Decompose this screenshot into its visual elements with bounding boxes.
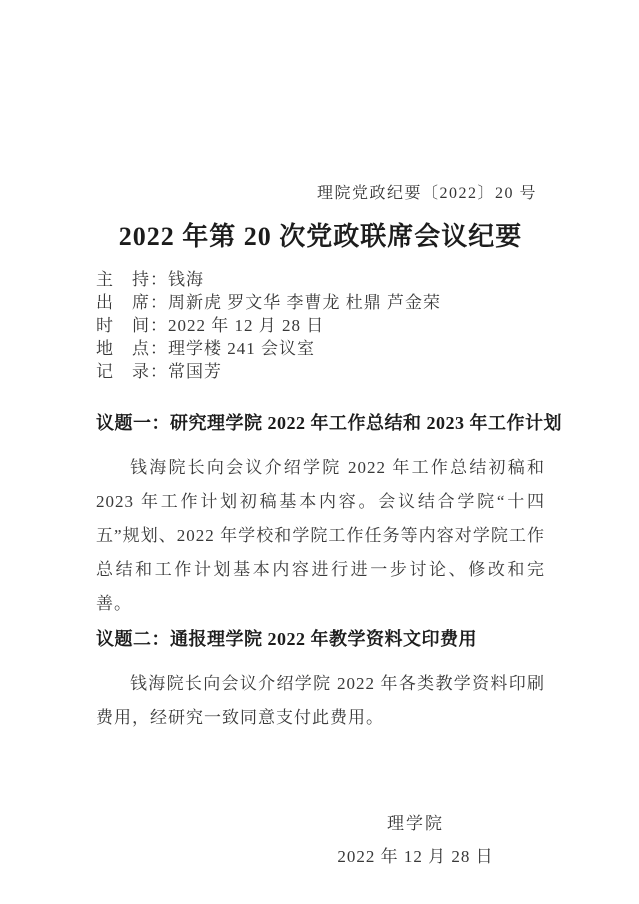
section-topic-2: 议题二：通报理学院 2022 年教学资料文印费用 钱海院长向会议介绍学院 202… (96, 627, 545, 735)
document-page: 理院党政纪要〔2022〕20 号 2022 年第 20 次党政联席会议纪要 主 … (0, 0, 639, 904)
meta-row-time: 时 间：2022 年 12 月 28 日 (96, 314, 545, 337)
meta-value: 周新虎 罗文华 李曹龙 杜鼎 芦金荣 (168, 293, 441, 312)
meta-row-attendees: 出 席：周新虎 罗文华 李曹龙 杜鼎 芦金荣 (96, 291, 545, 314)
meta-label: 时 间： (96, 316, 168, 335)
meta-label: 主 持： (96, 270, 168, 289)
meta-value: 2022 年 12 月 28 日 (168, 316, 324, 335)
meta-row-host: 主 持：钱海 (96, 268, 545, 291)
signature-org: 理学院 (286, 807, 545, 840)
meeting-info: 主 持：钱海 出 席：周新虎 罗文华 李曹龙 杜鼎 芦金荣 时 间：2022 年… (96, 268, 545, 383)
meta-value: 常国芳 (168, 362, 222, 381)
signature-block: 理学院 2022 年 12 月 28 日 (96, 807, 545, 873)
topic-1-heading: 议题一：研究理学院 2022 年工作总结和 2023 年工作计划 (96, 411, 545, 435)
meta-row-recorder: 记 录：常国芳 (96, 360, 545, 383)
meta-label: 地 点： (96, 339, 168, 358)
section-topic-1: 议题一：研究理学院 2022 年工作总结和 2023 年工作计划 钱海院长向会议… (96, 411, 545, 621)
doc-number: 理院党政纪要〔2022〕20 号 (96, 184, 545, 204)
meta-value: 钱海 (168, 270, 204, 289)
meta-label: 出 席： (96, 293, 168, 312)
topic-2-heading: 议题二：通报理学院 2022 年教学资料文印费用 (96, 627, 545, 651)
doc-title: 2022 年第 20 次党政联席会议纪要 (96, 220, 545, 254)
topic-2-body: 钱海院长向会议介绍学院 2022 年各类教学资料印刷费用，经研究一致同意支付此费… (96, 667, 545, 735)
signature-date: 2022 年 12 月 28 日 (286, 840, 545, 873)
meta-label: 记 录： (96, 362, 168, 381)
topic-1-body: 钱海院长向会议介绍学院 2022 年工作总结初稿和 2023 年工作计划初稿基本… (96, 451, 545, 621)
meta-row-location: 地 点：理学楼 241 会议室 (96, 337, 545, 360)
meta-value: 理学楼 241 会议室 (168, 339, 315, 358)
